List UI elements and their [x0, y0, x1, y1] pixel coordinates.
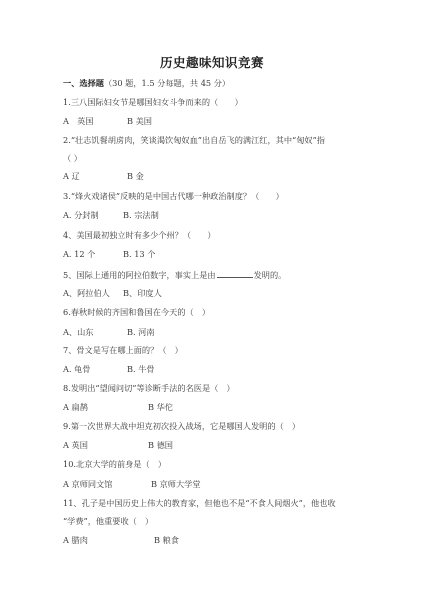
question-8: 8.发明出“望闻问切”等诊断手法的名医是（ ）: [63, 383, 235, 393]
question-number: 9.: [63, 421, 71, 431]
option-b: B 美国: [127, 116, 152, 126]
question-1: 1.三八国际妇女节是哪国妇女斗争而来的（ ）: [63, 97, 243, 107]
question-9: 9.第一次世界大战中坦克初次投入战场，它是哪国人发明的（ ）: [63, 421, 300, 431]
question-number: 5、: [63, 270, 76, 280]
option-b: B. 13 个: [123, 249, 155, 259]
option-a: A. 12 个: [63, 249, 95, 259]
question-11-options: A 腊肉 B 粮食: [63, 535, 363, 545]
question-text: 北京大学的前身是（ ）: [76, 459, 166, 469]
option-a: A 扁鹊: [63, 402, 88, 412]
answer-blank: [217, 269, 253, 278]
section-heading: 一、选择题（30 题，1.5 分每题，共 45 分）: [63, 78, 230, 88]
question-number: 3.: [63, 191, 71, 201]
option-a: A 京师同文馆: [63, 479, 112, 489]
option-b: B 京师大学堂: [151, 479, 201, 489]
question-4-options: A. 12 个 B. 13 个: [63, 249, 363, 259]
option-b: B、印度人: [123, 288, 162, 298]
question-2-options: A 辽 B 金: [63, 171, 363, 181]
question-text-end: 发明的。: [254, 270, 287, 280]
question-1-options: A 英国 B 美国: [63, 116, 363, 126]
section-heading-label: 一、选择题: [63, 78, 104, 88]
document-title: 历史趣味知识竞赛: [0, 53, 424, 71]
option-a: A 英国: [63, 440, 88, 450]
question-text: 美国最初独立时有多少个州？（ ）: [76, 230, 215, 240]
question-11: 11、孔子是中国历史上伟大的教育家，但他也不是“不食人间烟火”，他也收: [63, 498, 336, 508]
question-10: 10.北京大学的前身是（ ）: [63, 459, 166, 469]
option-a: A. 龟骨: [63, 364, 91, 374]
question-9-options: A 英国 B 德国: [63, 440, 363, 450]
question-text: 春秋时候的齐国和鲁国在今天的（ ）: [71, 307, 210, 317]
question-text: 发明出“望闻问切”等诊断手法的名医是（ ）: [71, 383, 235, 393]
question-10-options: A 京师同文馆 B 京师大学堂: [63, 479, 363, 489]
question-text: 第一次世界大战中坦克初次投入战场，它是哪国人发明的（ ）: [71, 421, 300, 431]
option-b: B 粮食: [154, 535, 179, 545]
option-a: A. 分封制: [63, 210, 99, 220]
question-number: 11、: [63, 498, 82, 508]
question-text: 孔子是中国历史上伟大的教育家，但他也不是“不食人间烟火”，他也收: [82, 498, 336, 508]
question-6: 6.春秋时候的齐国和鲁国在今天的（ ）: [63, 307, 210, 317]
question-7-options: A. 龟骨 B. 牛骨: [63, 364, 363, 374]
option-b: B. 河南: [127, 327, 155, 337]
option-a: A、阿拉伯人: [63, 288, 110, 298]
question-number: 8.: [63, 383, 71, 393]
option-b: B 华佗: [148, 402, 173, 412]
option-a: A 英国: [63, 116, 93, 126]
question-7: 7、骨文是写在哪上面的？（ ）: [63, 345, 183, 355]
question-number: 6.: [63, 307, 71, 317]
question-5-options: A、阿拉伯人 B、印度人: [63, 288, 363, 298]
question-2: 2.“壮志饥餐胡虏肉，笑谈渴饮匈奴血”出自岳飞的满江红，其中“匈奴”指: [63, 135, 325, 145]
question-3-options: A. 分封制 B. 宗法制: [63, 210, 363, 220]
option-b: B. 牛骨: [127, 364, 155, 374]
question-11-continued: “学费”，他重要收（ ）: [63, 516, 153, 526]
question-6-options: A、山东 B. 河南: [63, 327, 363, 337]
question-text: 国际上通用的阿拉伯数字，事实上是由: [76, 270, 215, 280]
question-number: 7、: [63, 345, 76, 355]
question-text: 三八国际妇女节是哪国妇女斗争而来的（ ）: [71, 97, 243, 107]
question-text: 骨文是写在哪上面的？（ ）: [76, 345, 182, 355]
question-text: “壮志饥餐胡虏肉，笑谈渴饮匈奴血”出自岳飞的满江红，其中“匈奴”指: [71, 135, 325, 145]
question-8-options: A 扁鹊 B 华佗: [63, 402, 363, 412]
section-heading-detail: （30 题，1.5 分每题，共 45 分）: [104, 78, 230, 88]
option-a: A 辽: [63, 171, 80, 181]
option-b: B 金: [127, 171, 144, 181]
question-4: 4、美国最初独立时有多少个州？（ ）: [63, 230, 216, 240]
question-2-continued: （ ）: [63, 153, 82, 163]
option-a: A 腊肉: [63, 535, 88, 545]
question-number: 2.: [63, 135, 71, 145]
question-number: 4、: [63, 230, 76, 240]
question-number: 1.: [63, 97, 71, 107]
option-b: B. 宗法制: [123, 210, 159, 220]
question-number: 10.: [63, 459, 76, 469]
question-text: “烽火戏诸侯”反映的是中国古代哪一种政治制度？（ ）: [71, 191, 284, 201]
document-page: 历史趣味知识竞赛 一、选择题（30 题，1.5 分每题，共 45 分） 1.三八…: [0, 0, 424, 600]
option-b: B 德国: [148, 440, 173, 450]
question-3: 3.“烽火戏诸侯”反映的是中国古代哪一种政治制度？（ ）: [63, 191, 284, 201]
question-5: 5、国际上通用的阿拉伯数字，事实上是由发明的。: [63, 269, 286, 280]
option-a: A、山东: [63, 327, 93, 337]
